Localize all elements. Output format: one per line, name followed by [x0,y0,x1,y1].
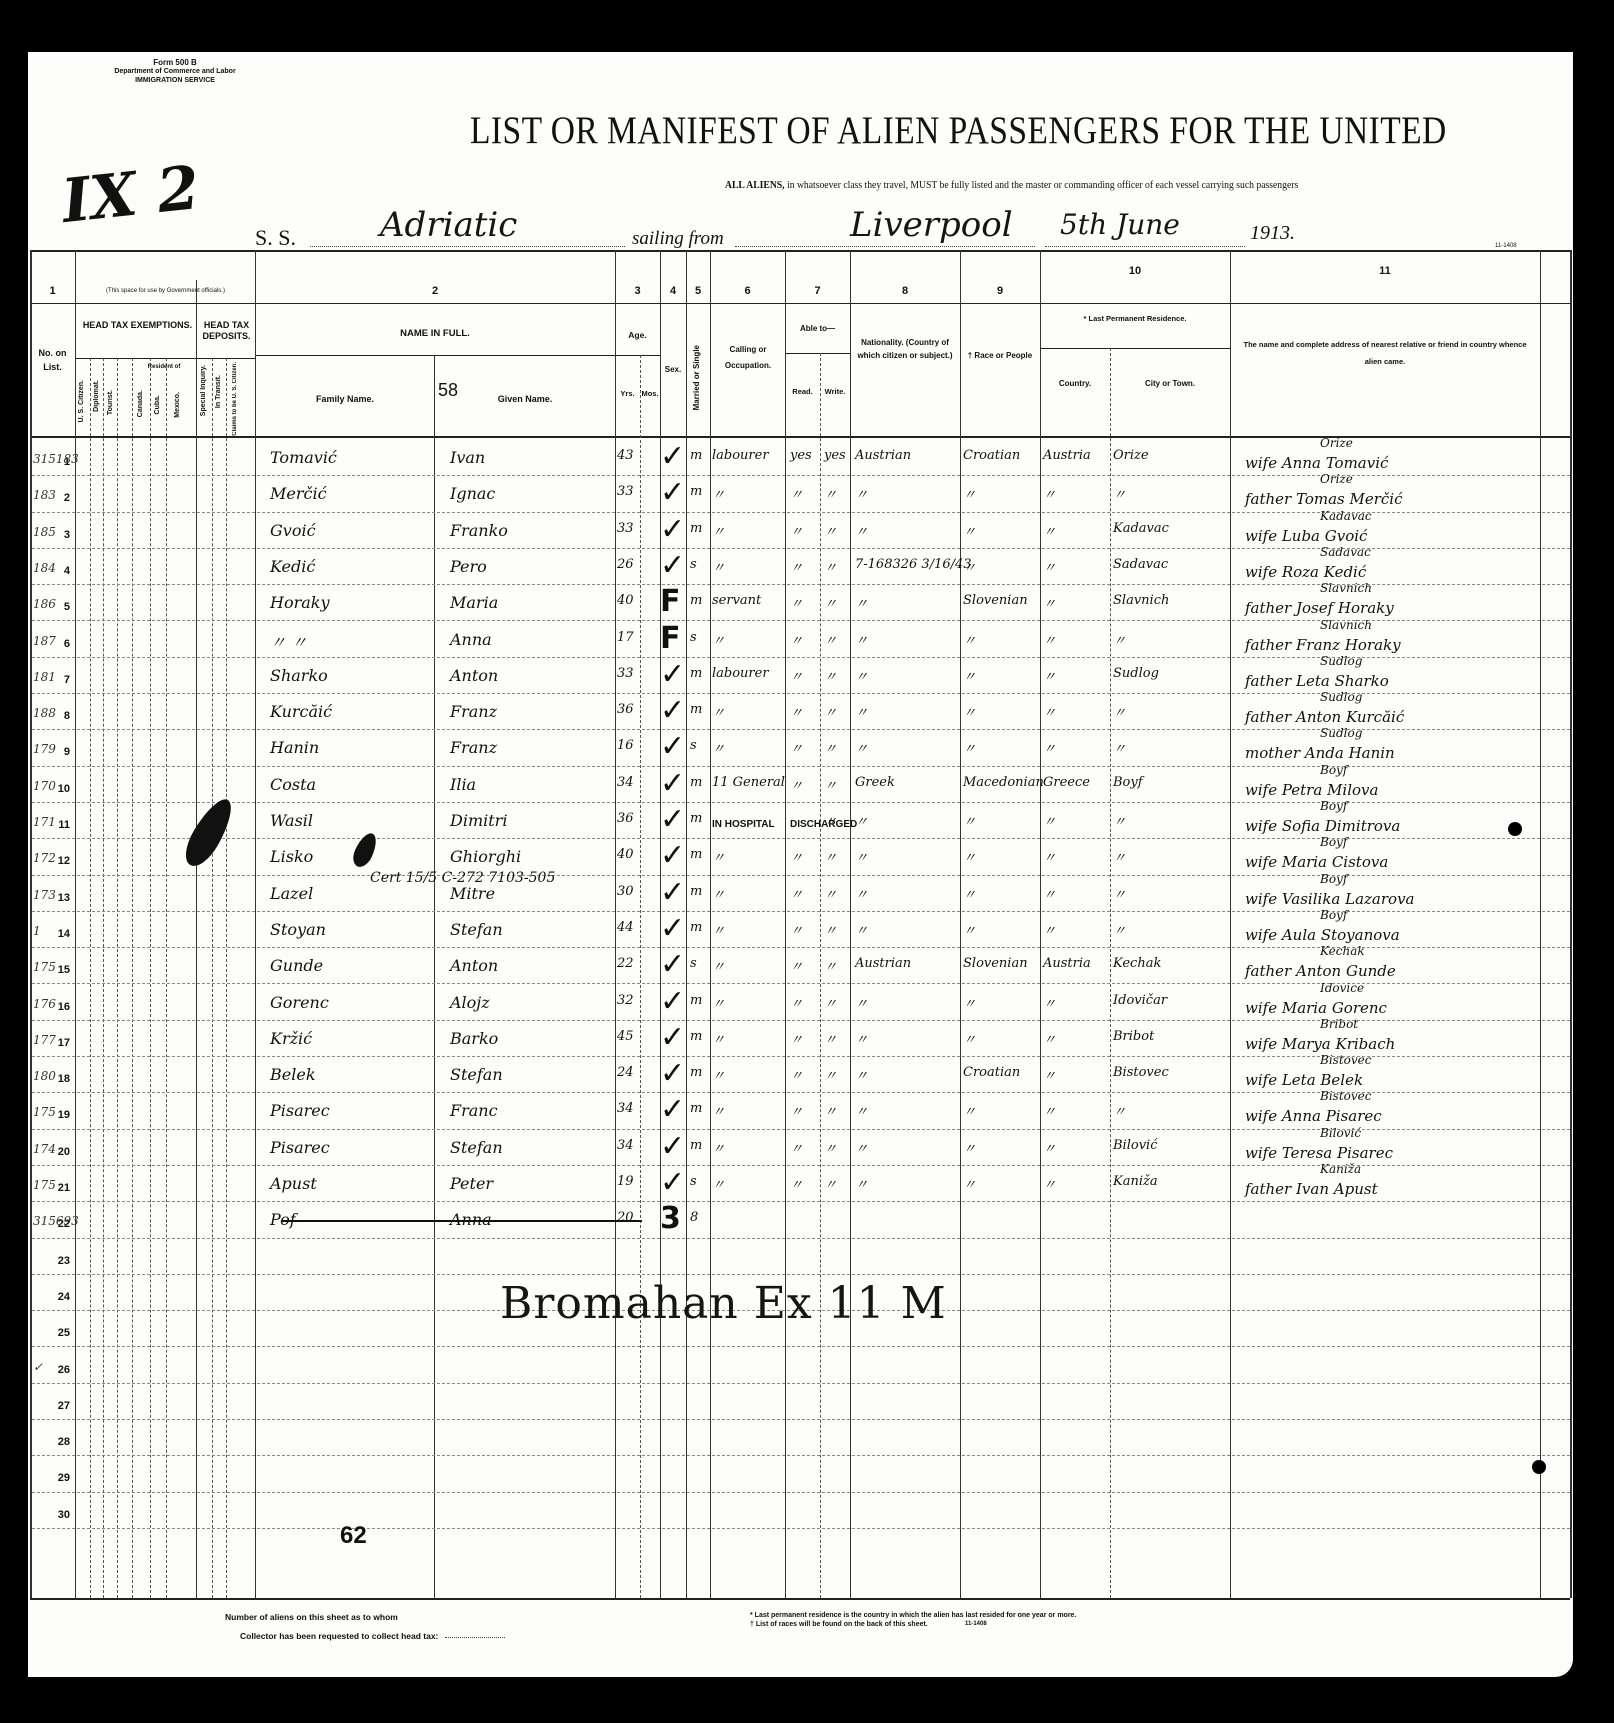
race-cell: Slovenian [963,956,1028,971]
write-cell: 〃 [824,775,837,794]
table-row: 16176GorencAlojz32m〃〃〃〃〃〃Idovičarwife Ma… [0,985,1614,1021]
sex-check-mark: ✓ [660,696,685,726]
given-name-cell: Stefan [450,920,503,939]
occupation-cell: 〃 [712,1029,725,1048]
occupation-cell: 〃 [712,1065,725,1084]
race-cell: 〃 [963,702,976,721]
city-cell: 〃 [1113,702,1126,721]
nationality-cell: Austrian [855,448,911,463]
ship-name-line [310,246,625,247]
footer-note-residence: * Last permanent residence is the countr… [750,1612,1076,1619]
strike-through-line [282,1220,642,1222]
colnum-divider [30,303,1570,304]
race-cell: 〃 [963,1101,976,1120]
race-cell: 〃 [963,847,976,866]
ableto-subdivider [785,353,850,354]
country-cell: 〃 [1043,630,1056,649]
nationality-cell: 〃 [855,847,868,866]
race-cell: 〃 [963,630,976,649]
given-name-cell: Franz [450,738,497,757]
given-name-cell: Ignac [450,484,495,503]
sex-check-mark: ✓ [660,660,685,690]
table-row: 3185GvoićFranko33m〃〃〃〃〃〃Kadavacwife Luba… [0,513,1614,549]
table-row: 10170CostaIlia34m11 General〃〃GreekMacedo… [0,767,1614,803]
race-cell: 〃 [963,1138,976,1157]
marital-status-cell: m [690,1065,702,1080]
given-name-cell: Anton [450,666,498,685]
list-annotation: 179 [33,742,56,756]
form-number: Form 500 B [95,58,255,67]
family-name-cell: Kurcăić [270,702,332,721]
relative-cell: wife Leta Belek [1245,1071,1363,1089]
write-cell: 〃 [824,1101,837,1120]
table-row: 29 [0,1456,1614,1492]
age-cell: 33 [617,521,634,536]
headtax-subdivider [75,358,255,359]
nationality-cell: 〃 [855,811,868,830]
write-cell: 〃 [824,1138,837,1157]
race-cell: 〃 [963,521,976,540]
given-name-cell: Pero [450,557,487,576]
table-row: 26✓ [0,1348,1614,1384]
relative-place-cell: Slavnich [1320,581,1372,595]
read-cell: 〃 [790,521,803,540]
family-name-cell: Tomavić [270,448,337,467]
marital-status-cell: m [690,1101,702,1116]
list-annotation: 187 [33,634,56,648]
sex-check-mark: ✓ [660,732,685,762]
header-married-single: Married or Single [692,345,701,410]
sheet-mark: IX 2 [59,153,203,237]
occupation-cell: 〃 [712,993,725,1012]
read-cell: 〃 [790,1065,803,1084]
read-cell: 〃 [790,993,803,1012]
given-name-cell: Mitre [450,884,495,903]
city-cell: 〃 [1113,738,1126,757]
page-number: 58 [438,380,458,401]
given-name-cell: Dimitri [450,811,507,830]
table-top-border [30,250,1570,252]
marital-status-cell: s [690,1174,697,1189]
read-cell: 〃 [790,847,803,866]
list-annotation: 172 [33,851,56,865]
family-name-cell: Sharko [270,666,328,685]
occupation-cell: labourer [712,448,769,463]
header-last-residence: * Last Permanent Residence. [1040,313,1230,324]
table-row: 9179HaninFranz16s〃〃〃〃〃〃〃mother Anda Hani… [0,730,1614,766]
marital-status-cell: m [690,920,702,935]
table-row: 17177KržićBarko45m〃〃〃〃〃〃Bribotwife Marya… [0,1021,1614,1057]
row-number: 29 [48,1472,70,1484]
occupation-cell: 〃 [712,484,725,503]
table-row: 22315693PofAnna2083 [0,1202,1614,1238]
marital-status-cell: m [690,847,702,862]
age-cell: 40 [617,847,634,862]
relative-place-cell: Bistovec [1320,1089,1371,1103]
given-name-cell: Franc [450,1101,498,1120]
relative-cell: father Anton Kurcăić [1245,708,1404,726]
family-name-cell: 〃 〃 [270,630,307,653]
read-cell: 〃 [790,1138,803,1157]
country-cell: 〃 [1043,484,1056,503]
age-cell: 22 [617,956,634,971]
list-annotation: 186 [33,597,56,611]
relative-cell: father Tomas Merčić [1245,490,1403,508]
nationality-cell: 〃 [855,1138,868,1157]
read-cell: 〃 [790,738,803,757]
write-cell: 〃 [824,1065,837,1084]
certificate-annotation: Cert 15/5 C-272 7103-505 [370,870,555,886]
family-name-cell: Kržić [270,1029,312,1048]
list-annotation: 1 [33,924,41,938]
age-cell: 36 [617,811,634,826]
city-cell: Idovičar [1113,993,1167,1008]
relative-cell: wife Roza Kedić [1245,563,1366,581]
header-able-to: Able to— [785,323,850,334]
race-cell: 〃 [963,884,976,903]
city-cell: 〃 [1113,847,1126,866]
read-cell: 〃 [790,1029,803,1048]
header-us-citizen: U. S. Citizen. [78,380,85,422]
header-country: Country. [1040,378,1110,389]
nationality-cell: 〃 [855,738,868,757]
age-cell: 34 [617,1138,634,1153]
sex-check-mark: ✓ [660,1132,685,1162]
family-name-cell: Stoyan [270,920,326,939]
departure-port: Liverpool [850,205,1013,245]
marital-status-cell: s [690,956,697,971]
nationality-cell: 〃 [855,920,868,939]
marital-status-cell: m [690,448,702,463]
nationality-cell: Austrian [855,956,911,971]
city-cell: 〃 [1113,920,1126,939]
family-name-cell: Gunde [270,956,323,975]
header-city: City or Town. [1110,378,1230,389]
race-cell: Macedonian [963,775,1044,790]
age-cell: 44 [617,920,634,935]
list-annotation: 181 [33,670,56,684]
nationality-cell: 〃 [855,1065,868,1084]
relative-place-cell: Bistovec [1320,1053,1371,1067]
page-subtitle: ALL ALIENS, in whatsoever class they tra… [725,180,1298,191]
nationality-cell: 〃 [855,593,868,612]
city-cell: 〃 [1113,811,1126,830]
age-cell: 43 [617,448,634,463]
relative-place-cell: Sudlog [1320,690,1362,704]
header-nearest-relative: The name and complete address of nearest… [1240,336,1530,370]
race-cell: 〃 [963,1029,976,1048]
given-name-cell: Stefan [450,1065,503,1084]
table-row: 13173LazelMitre30m〃〃〃〃〃〃〃wife Vasilika L… [0,876,1614,912]
list-annotation: 176 [33,997,56,1011]
row-number: 14 [48,928,70,940]
sex-check-mark: ✓ [660,515,685,545]
nationality-cell: 〃 [855,993,868,1012]
nationality-cell: Greek [855,775,895,790]
given-name-cell: Alojz [450,993,490,1012]
relative-cell: wife Luba Gvoić [1245,527,1367,545]
table-row: 30 [0,1493,1614,1529]
sex-check-mark: ✓ [660,1023,685,1053]
read-cell: 〃 [790,1101,803,1120]
family-name-cell: Apust [270,1174,317,1193]
relative-cell: wife Marya Kribach [1245,1035,1395,1053]
sex-check-mark: ✓ [660,805,685,835]
occupation-cell: 〃 [712,847,725,866]
race-cell: 〃 [963,920,976,939]
header-mos: Mos. [640,388,660,399]
nationality-cell: 〃 [855,630,868,649]
given-name-cell: Ghiorghi [450,847,521,866]
read-cell: 〃 [790,593,803,612]
footer-note-races: † List of races will be found on the bac… [750,1621,928,1628]
sex-check-mark: 3 [660,1204,681,1234]
relative-cell: father Josef Horaky [1245,599,1394,617]
city-cell: Orize [1113,448,1149,463]
city-cell: Kaniža [1113,1174,1158,1189]
nationality-cell: 〃 [855,702,868,721]
colnum-5: 5 [686,286,710,297]
family-name-cell: Kedić [270,557,315,576]
occupation-cell: IN HOSPITAL [712,819,775,830]
write-cell: 〃 [824,738,837,757]
race-cell: Croatian [963,448,1020,463]
city-cell: Sudlog [1113,666,1159,681]
write-cell: 〃 [824,920,837,939]
colnum-1: 1 [30,286,75,297]
given-name-cell: Peter [450,1174,493,1193]
write-cell: 〃 [824,702,837,721]
colnum-7: 7 [785,286,850,297]
inspector-signature: Bromahan Ex 11 M [500,1278,947,1329]
occupation-cell: 〃 [712,1101,725,1120]
sex-check-mark: ✓ [660,987,685,1017]
read-cell: yes [790,448,812,463]
relative-cell: father Anton Gunde [1245,962,1396,980]
colnum-2: 2 [255,286,615,297]
header-in-transit: In Transit. [215,375,222,408]
row-number: 26 [48,1364,70,1376]
list-annotation: 315183 [33,452,79,466]
country-cell: 〃 [1043,884,1056,903]
write-cell: 〃 [824,993,837,1012]
colnum-3: 3 [615,286,660,297]
table-row: 7181SharkoAnton33mlabourer〃〃〃〃〃Sudlogfat… [0,658,1614,694]
write-cell: 〃 [824,630,837,649]
relative-place-cell: Bribot [1320,1017,1358,1031]
given-name-cell: Barko [450,1029,498,1048]
department-name: Department of Commerce and Labor [95,67,255,76]
read-cell: 〃 [790,557,803,576]
form-code-top: 11-1408 [1495,243,1517,249]
relative-place-cell: Idovice [1320,981,1364,995]
country-cell: 〃 [1043,811,1056,830]
country-cell: 〃 [1043,702,1056,721]
nationality-cell: 〃 [855,1174,868,1193]
race-cell: 〃 [963,666,976,685]
head-tax-line [445,1637,505,1638]
marital-status-cell: s [690,557,697,572]
table-row: 21175ApustPeter19s〃〃〃〃〃〃Kanižafather Iva… [0,1166,1614,1202]
occupation-cell: 〃 [712,884,725,903]
city-cell: Bistovec [1113,1065,1169,1080]
age-cell: 33 [617,666,634,681]
header-read: Read. [785,386,820,397]
list-annotation: 183 [33,488,56,502]
city-cell: 〃 [1113,884,1126,903]
write-cell: 〃 [824,811,837,830]
read-cell: 〃 [790,666,803,685]
colnum-10: 10 [1040,266,1230,277]
read-cell: 〃 [790,920,803,939]
read-cell: 〃 [790,956,803,975]
row-number: 28 [48,1436,70,1448]
relative-place-cell: Kadavac [1320,509,1372,523]
country-cell: 〃 [1043,920,1056,939]
read-cell: 〃 [790,1174,803,1193]
nationality-cell: 〃 [855,521,868,540]
relative-cell: wife Anna Pisarec [1245,1107,1382,1125]
footer-form-code: 11-1408 [965,1621,987,1627]
marital-status-cell: s [690,738,697,753]
relative-place-cell: Bilović [1320,1126,1361,1140]
sex-check-mark: ✓ [660,841,685,871]
occupation-cell: 〃 [712,956,725,975]
occupation-cell: labourer [712,666,769,681]
colnum-11: 11 [1230,266,1540,277]
list-annotation: 180 [33,1069,56,1083]
relative-place-cell: Slavnich [1320,618,1372,632]
marital-status-cell: m [690,811,702,826]
family-name-cell: Lazel [270,884,313,903]
occupation-cell: 〃 [712,1174,725,1193]
marital-status-cell: 8 [690,1210,698,1225]
relative-cell: father Ivan Apust [1245,1180,1378,1198]
marital-status-cell: m [690,593,702,608]
occupation-cell: 〃 [712,557,725,576]
country-cell: 〃 [1043,1174,1056,1193]
age-cell: 26 [617,557,634,572]
relative-place-cell: Boyf [1320,835,1347,849]
given-name-cell: Franz [450,702,497,721]
colnum-8: 8 [850,286,960,297]
list-annotation: ✓ [33,1360,43,1374]
subtitle-text: in whatsoever class they travel, MUST be… [787,180,1298,191]
table-row: 1315183TomavićIvan43mlaboureryesyesAustr… [0,440,1614,476]
country-cell: Greece [1043,775,1090,790]
row-divider [32,1528,1570,1529]
read-cell: 〃 [790,775,803,794]
table-row: 6187〃 〃Anna17s〃〃〃〃〃〃〃father Franz Horaky… [0,622,1614,658]
read-cell: 〃 [790,484,803,503]
nationality-cell: 〃 [855,1029,868,1048]
relative-place-cell: Boyf [1320,872,1347,886]
table-row: 141StoyanStefan44m〃〃〃〃〃〃〃wife Aula Stoya… [0,912,1614,948]
table-row: 11171WasilDimitri36mIN HOSPITALDISCHARGE… [0,803,1614,839]
read-cell: 〃 [790,884,803,903]
age-cell: 36 [617,702,634,717]
relative-place-cell: Boyf [1320,763,1347,777]
header-tourist: Tourist. [107,390,114,415]
sex-check-mark: F [660,587,681,617]
write-cell: 〃 [824,1029,837,1048]
family-name-cell: Pisarec [270,1138,330,1157]
family-name-cell: Pisarec [270,1101,330,1120]
sex-check-mark: ✓ [660,1168,685,1198]
given-name-cell: Stefan [450,1138,503,1157]
nationality-cell: 〃 [855,484,868,503]
write-cell: 〃 [824,593,837,612]
header-given-name: Given Name. [470,394,580,405]
age-cell: 17 [617,630,634,645]
residence-subdivider [1040,348,1230,349]
marital-status-cell: m [690,884,702,899]
header-calling: Calling or Occupation. [712,342,784,374]
city-cell: Sadavac [1113,557,1168,572]
table-row: 4184KedićPero26s〃〃〃7-168326 3/16/43〃〃Sad… [0,549,1614,585]
write-cell: 〃 [824,884,837,903]
city-cell: Boyf [1113,775,1143,790]
race-cell: 〃 [963,1174,976,1193]
header-special-inquiry: Special Inquiry. [200,365,207,416]
write-cell: 〃 [824,847,837,866]
sailing-date: 5th June [1060,208,1180,241]
given-name-cell: Franko [450,521,508,540]
gov-space-label: (This space for use by Government offici… [78,286,253,297]
relative-cell: wife Petra Milova [1245,781,1378,799]
nationality-cell: 〃 [855,1101,868,1120]
given-name-cell: Anton [450,956,498,975]
city-cell: Bribot [1113,1029,1154,1044]
sex-check-mark: ✓ [660,478,685,508]
list-annotation: 177 [33,1033,56,1047]
race-cell: 〃 [963,484,976,503]
age-cell: 34 [617,1101,634,1116]
footer-aliens-count: Number of aliens on this sheet as to who… [225,1612,398,1622]
header-diplomat: Diplomat. [93,380,100,412]
occupation-cell: 〃 [712,521,725,540]
occupation-cell: 11 General [712,775,785,790]
city-cell: 〃 [1113,484,1126,503]
table-row: 20174PisarecStefan34m〃〃〃〃〃〃Bilovićwife T… [0,1130,1614,1166]
given-name-cell: Ilia [450,775,476,794]
nationality-cell: 7-168326 3/16/43 [855,557,972,572]
header-resident-of: Resident of [134,362,194,373]
ink-dot [1532,1460,1546,1474]
row-number: 27 [48,1400,70,1412]
relative-cell: wife Anna Tomavić [1245,454,1388,472]
sailing-from-label: sailing from [632,228,724,250]
country-cell: 〃 [1043,738,1056,757]
age-cell: 20 [617,1210,634,1225]
family-name-cell: Costa [270,775,316,794]
name-subdivider [255,355,660,356]
relative-place-cell: Kaniža [1320,1162,1361,1176]
country-cell: 〃 [1043,557,1056,576]
city-cell: Kadavac [1113,521,1169,536]
write-cell: 〃 [824,484,837,503]
table-row: 5186HorakyMaria40mservant〃〃〃Slovenian〃Sl… [0,585,1614,621]
family-name-cell: Wasil [270,811,313,830]
colnum-9: 9 [960,286,1040,297]
country-cell: 〃 [1043,593,1056,612]
nationality-cell: 〃 [855,666,868,685]
table-row: 23 [0,1239,1614,1275]
sailing-year: 1913. [1250,222,1295,245]
relative-cell: father Leta Sharko [1245,672,1389,690]
marital-status-cell: m [690,1029,702,1044]
write-cell: 〃 [824,557,837,576]
